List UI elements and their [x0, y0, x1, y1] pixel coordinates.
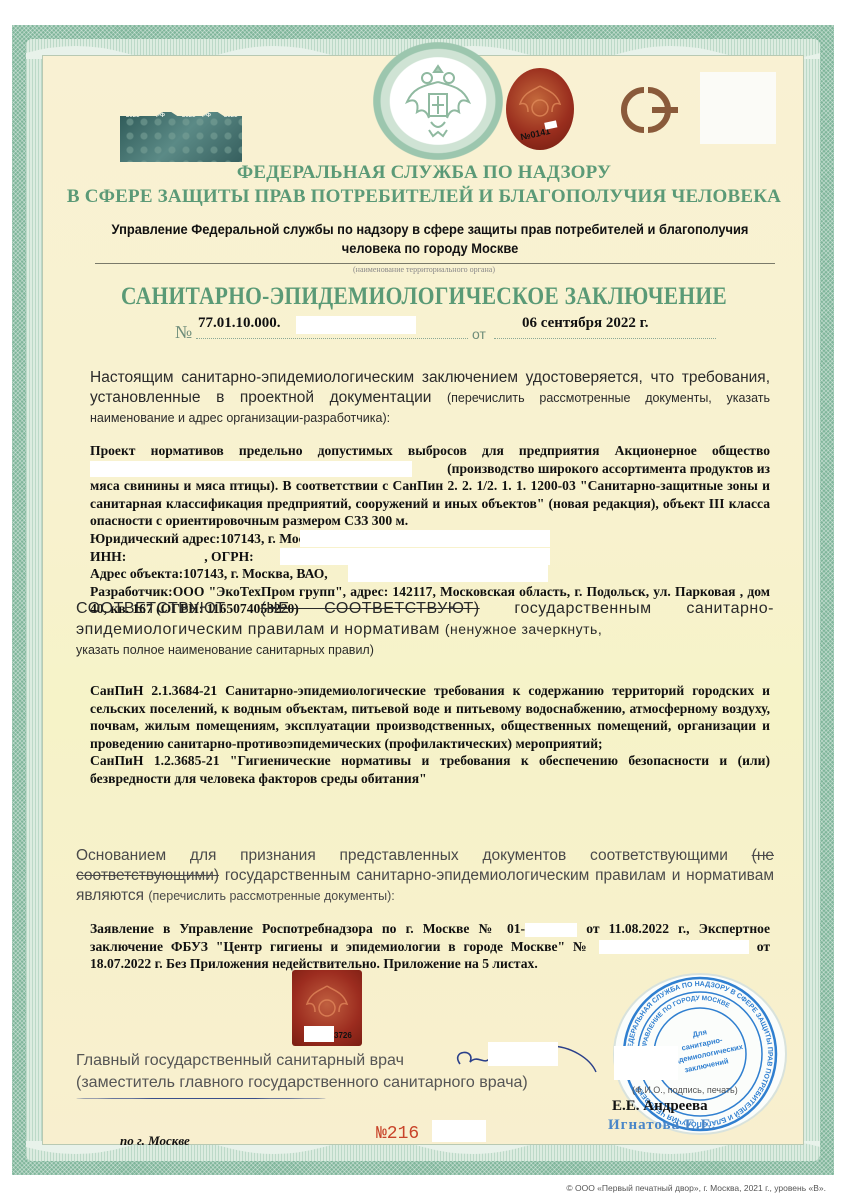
fio-caption: (Ф.И.О., подпись, печать): [632, 1085, 738, 1095]
ogrn-label: , ОГРН:: [204, 549, 253, 564]
redacted-field: [525, 923, 577, 937]
hologram-strip: 2021 РФ 2021 РФ 2021: [120, 112, 242, 162]
redacted-field: [432, 1120, 486, 1142]
project-line: Проект нормативов предельно допустимых в…: [90, 442, 770, 460]
compliance-statement: СООТВЕТСТВУЮТ (НЕ СООТВЕТСТВУЮТ) государ…: [76, 598, 774, 661]
basis-documents: Заявление в Управление Роспотребнадзора …: [90, 920, 770, 973]
redacted-field: [296, 316, 416, 334]
number-underline: [196, 338, 468, 339]
territorial-directorate: Управление Федеральной службы по надзору…: [108, 220, 752, 258]
basis-text: Основанием для признания представленных …: [76, 847, 752, 864]
redacted-field: [599, 940, 749, 954]
compliance-yes: СООТВЕТСТВУЮТ: [76, 600, 226, 617]
eagle-emblem-icon: [373, 42, 503, 160]
hologram-seal-bottom: 3726: [292, 970, 362, 1046]
project-description: Проект нормативов предельно допустимых в…: [90, 442, 770, 618]
chief-title: Главный государственный санитарный врач: [76, 1052, 404, 1070]
date-underline: [494, 338, 716, 339]
redacted-field: [280, 548, 550, 565]
divider: [95, 263, 775, 264]
sanpin-item: СанПиН 2.1.3684-21 Санитарно-эпидемиолог…: [90, 682, 770, 752]
form-serial-number: №216: [376, 1124, 419, 1144]
sanitary-rules: СанПиН 2.1.3684-21 Санитарно-эпидемиолог…: [90, 682, 770, 788]
document-date: 06 сентября 2022 г.: [522, 315, 649, 332]
hologram-seal-number: 3726: [334, 1031, 352, 1040]
agency-name-line1: ФЕДЕРАЛЬНАЯ СЛУЖБА ПО НАДЗОРУ: [0, 162, 848, 184]
printer-copyright: © ООО «Первый печатный двор», г. Москва,…: [566, 1183, 826, 1193]
agency-name-line2: В СФЕРЕ ЗАЩИТЫ ПРАВ ПОТРЕБИТЕЛЕЙ И БЛАГО…: [0, 186, 848, 208]
sanpin-item: СанПиН 1.2.3685-21 "Гигиенические нормат…: [90, 752, 770, 787]
project-line: мяса свинины и мяса птицы). В соответств…: [90, 477, 770, 530]
redacted-field: [90, 461, 412, 477]
directorate-caption: (наименование территориального органа): [0, 265, 848, 274]
object-address: Адрес объекта:107143, г. Москва, ВАО,: [90, 566, 328, 581]
intro-paragraph: Настоящим санитарно-эпидемиологическим з…: [90, 368, 770, 428]
hologram-seal-top: №0141: [506, 68, 574, 150]
basis-doc-text: Заявление в Управление Роспотребнадзора …: [90, 921, 525, 936]
pen-stroke: [76, 1098, 326, 1099]
signer-name: Е.Е. Андреева: [612, 1098, 708, 1115]
compliance-note: (ненужное зачеркнуть,: [445, 621, 602, 637]
city-label: по г. Москве: [120, 1133, 190, 1149]
basis-statement: Основанием для признания представленных …: [76, 846, 774, 906]
number-label: №: [175, 322, 192, 343]
document-title: САНИТАРНО-ЭПИДЕМИОЛОГИЧЕСКОЕ ЗАКЛЮЧЕНИЕ: [59, 283, 788, 311]
inn-label: ИНН:: [90, 549, 126, 564]
blank-field: [700, 72, 776, 144]
date-label: от: [472, 326, 486, 342]
project-line: (производство широкого ассортимента прод…: [412, 460, 770, 478]
se-logo-icon: [608, 82, 684, 138]
redacted-field: [300, 530, 550, 547]
document-number: 77.01.10.000.: [198, 315, 281, 332]
signature-icon: [440, 1040, 600, 1080]
compliance-no-struck: (НЕ СООТВЕТСТВУЮТ): [260, 600, 479, 617]
redacted-field: [348, 565, 548, 582]
stamp-signer-name: Игнатова Е.Е.: [608, 1117, 716, 1134]
basis-note: (перечислить рассмотренные документы):: [148, 889, 394, 903]
compliance-note: указать полное наименование санитарных п…: [76, 640, 774, 661]
